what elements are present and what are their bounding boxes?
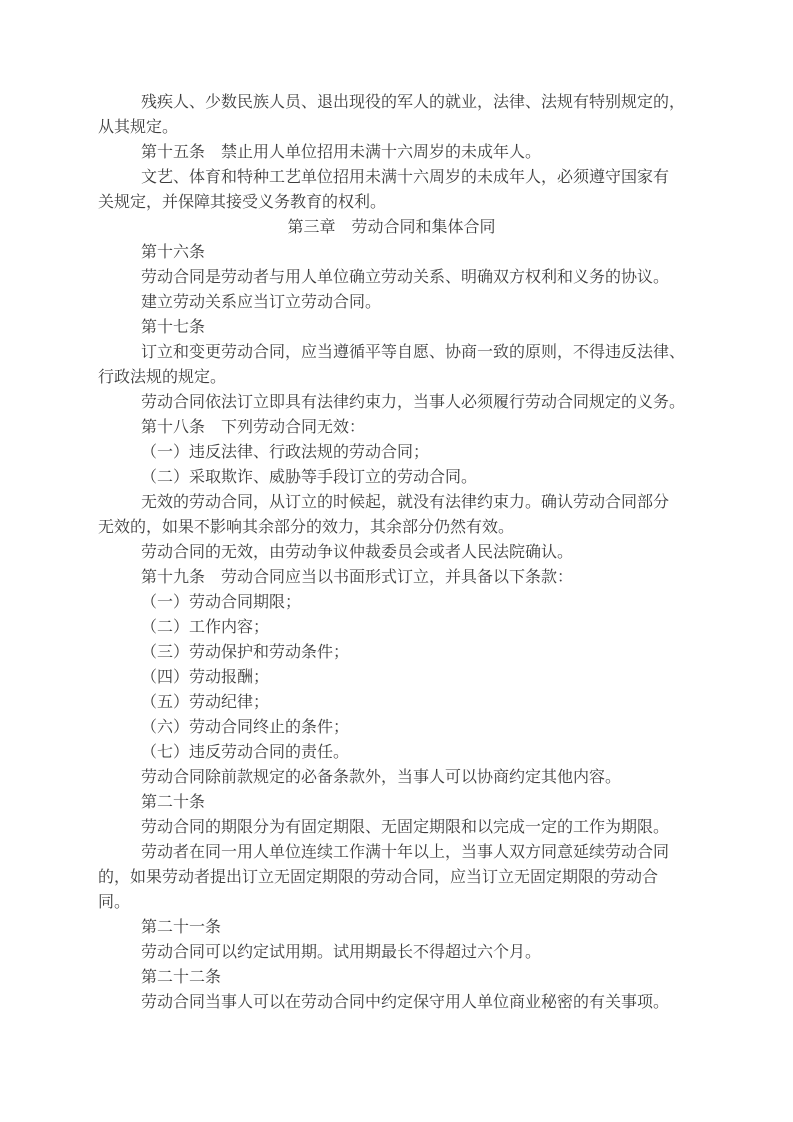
text-line: 劳动合同依法订立即具有法律约束力，当事人必须履行劳动合同规定的义务。 xyxy=(98,390,685,415)
text-line: 劳动合同的期限分为有固定期限、无固定期限和以完成一定的工作为期限。 xyxy=(98,815,685,840)
text-line: 订立和变更劳动合同，应当遵循平等自愿、协商一致的原则，不得违反法律、 xyxy=(98,340,685,365)
text-line: 劳动合同的无效，由劳动争议仲裁委员会或者人民法院确认。 xyxy=(98,540,685,565)
text-line: 劳动者在同一用人单位连续工作满十年以上，当事人双方同意延续劳动合同 xyxy=(98,840,685,865)
text-line: （二）工作内容； xyxy=(98,615,685,640)
text-line: 劳动合同可以约定试用期。试用期最长不得超过六个月。 xyxy=(98,940,685,965)
text-line: 第十七条 xyxy=(98,315,685,340)
text-line: 第二十条 xyxy=(98,790,685,815)
text-line: 第十八条 下列劳动合同无效： xyxy=(98,415,685,440)
text-line: 劳动合同是劳动者与用人单位确立劳动关系、明确双方权利和义务的协议。 xyxy=(98,265,685,290)
chapter-heading: 第三章 劳动合同和集体合同 xyxy=(98,215,685,240)
text-line: 行政法规的规定。 xyxy=(98,365,685,390)
text-line: 残疾人、少数民族人员、退出现役的军人的就业，法律、法规有特别规定的， xyxy=(98,90,685,115)
text-line: 第二十二条 xyxy=(98,965,685,990)
text-line: （三）劳动保护和劳动条件； xyxy=(98,640,685,665)
text-line: 劳动合同当事人可以在劳动合同中约定保守用人单位商业秘密的有关事项。 xyxy=(98,990,685,1015)
text-line: （六）劳动合同终止的条件； xyxy=(98,715,685,740)
text-line: （五）劳动纪律； xyxy=(98,690,685,715)
text-line: 同。 xyxy=(98,890,685,915)
text-line: 第二十一条 xyxy=(98,915,685,940)
text-line: 从其规定。 xyxy=(98,115,685,140)
text-line: 无效的劳动合同，从订立的时候起，就没有法律约束力。确认劳动合同部分 xyxy=(98,490,685,515)
text-line: 文艺、体育和特种工艺单位招用未满十六周岁的未成年人，必须遵守国家有 xyxy=(98,165,685,190)
text-line: （二）采取欺诈、威胁等手段订立的劳动合同。 xyxy=(98,465,685,490)
text-line: 第十九条 劳动合同应当以书面形式订立，并具备以下条款： xyxy=(98,565,685,590)
document-body: 残疾人、少数民族人员、退出现役的军人的就业，法律、法规有特别规定的，从其规定。第… xyxy=(98,90,685,1015)
text-line: 第十六条 xyxy=(98,240,685,265)
text-line: （四）劳动报酬； xyxy=(98,665,685,690)
text-line: 建立劳动关系应当订立劳动合同。 xyxy=(98,290,685,315)
text-line: 无效的，如果不影响其余部分的效力，其余部分仍然有效。 xyxy=(98,515,685,540)
text-line: 劳动合同除前款规定的必备条款外，当事人可以协商约定其他内容。 xyxy=(98,765,685,790)
document-page: 残疾人、少数民族人员、退出现役的军人的就业，法律、法规有特别规定的，从其规定。第… xyxy=(0,0,793,1122)
text-line: 关规定，并保障其接受义务教育的权利。 xyxy=(98,190,685,215)
text-line: 的，如果劳动者提出订立无固定期限的劳动合同，应当订立无固定期限的劳动合 xyxy=(98,865,685,890)
text-line: （一）劳动合同期限； xyxy=(98,590,685,615)
text-line: 第十五条 禁止用人单位招用未满十六周岁的未成年人。 xyxy=(98,140,685,165)
text-line: （一）违反法律、行政法规的劳动合同； xyxy=(98,440,685,465)
text-line: （七）违反劳动合同的责任。 xyxy=(98,740,685,765)
